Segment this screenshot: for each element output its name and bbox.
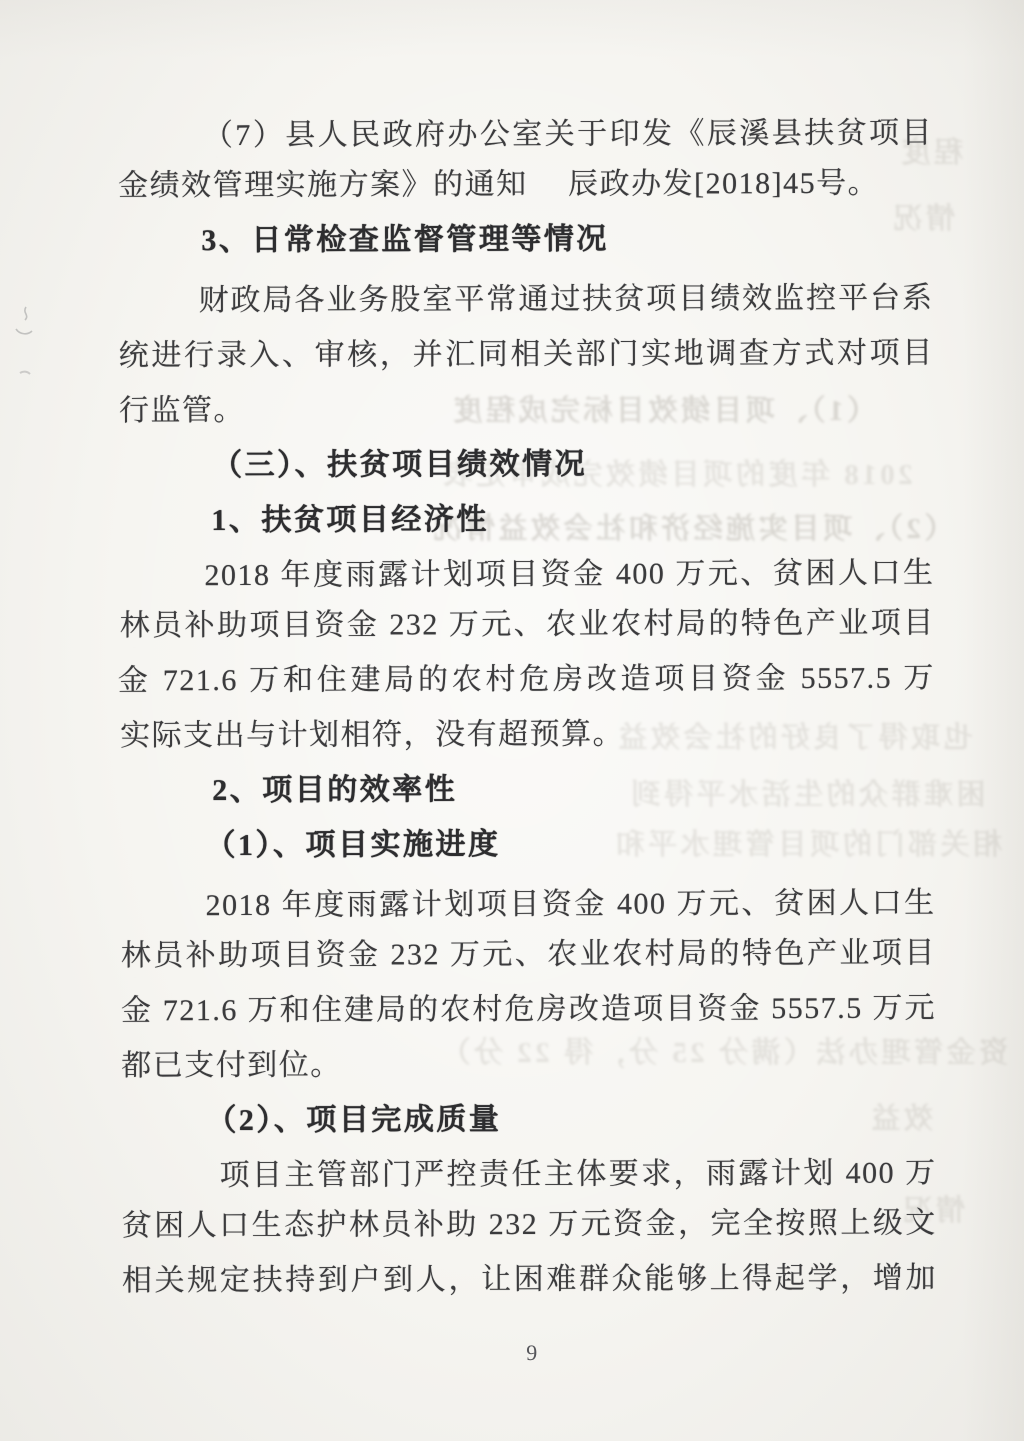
document-text-block: （7）县人民政府办公室关于印发《辰溪县扶贫项目资 金绩效管理实施方案》的通知 辰… [0,0,1024,1441]
text-line: 项目主管部门严控责任主体要求，雨露计划 400 万元和 [220,1155,937,1198]
heading-line: 1、扶贫项目经济性 [211,501,489,542]
text-line: 2018 年度雨露计划项目资金 400 万元、贫困人口生态护 [206,885,936,928]
text-line: 林员补助项目资金 232 万元、农业农村局的特色产业项目资 [121,935,936,978]
text-line: （7）县人民政府办公室关于印发《辰溪县扶贫项目资 [203,115,933,158]
text-line: 都已支付到位。 [121,1047,342,1088]
text-line: 统进行录入、审核，并汇同相关部门实地调查方式对项目进 [119,335,934,378]
heading-line: 3、日常检查监督管理等情况 [201,221,609,262]
page-number: 9 [526,1340,537,1366]
text-line: 金绩效管理实施方案》的通知 辰政办发[2018]45号。 [118,165,879,208]
text-line: 行监管。 [119,392,245,432]
text-line: 金 721.6 万和住建局的农村危房改造项目资金 5557.5 万元 [121,990,936,1033]
heading-line: 2、项目的效率性 [212,771,457,812]
text-line: 2018 年度雨露计划项目资金 400 万元、贫困人口生态护 [204,555,934,598]
text-line: 相关规定扶持到户到人，让困难群众能够上得起学，增加了 [122,1260,937,1303]
text-line: 林员补助项目资金 232 万元、农业农村局的特色产业项目资 [120,605,935,648]
text-line: 金 721.6 万和住建局的农村危房改造项目资金 5557.5 万元， [118,660,935,703]
heading-line: （三）、扶贫项目绩效情况 [212,446,587,487]
text-line: 实际支出与计划相符，没有超预算。 [120,716,624,758]
heading-line: （2）、项目完成质量 [206,1101,501,1142]
text-line: 贫困人口生态护林员补助 232 万元资金，完全按照上级文件 [122,1205,937,1248]
text-line: 财政局各业务股室平常通过扶贫项目绩效监控平台系 [198,280,933,323]
scanned-document-page: （1）、项目绩效目标完成程度 2018 年度的项目绩效完成审定表 （2）、项目实… [0,0,1024,1441]
heading-line: （1）、项目实施进度 [205,826,500,867]
